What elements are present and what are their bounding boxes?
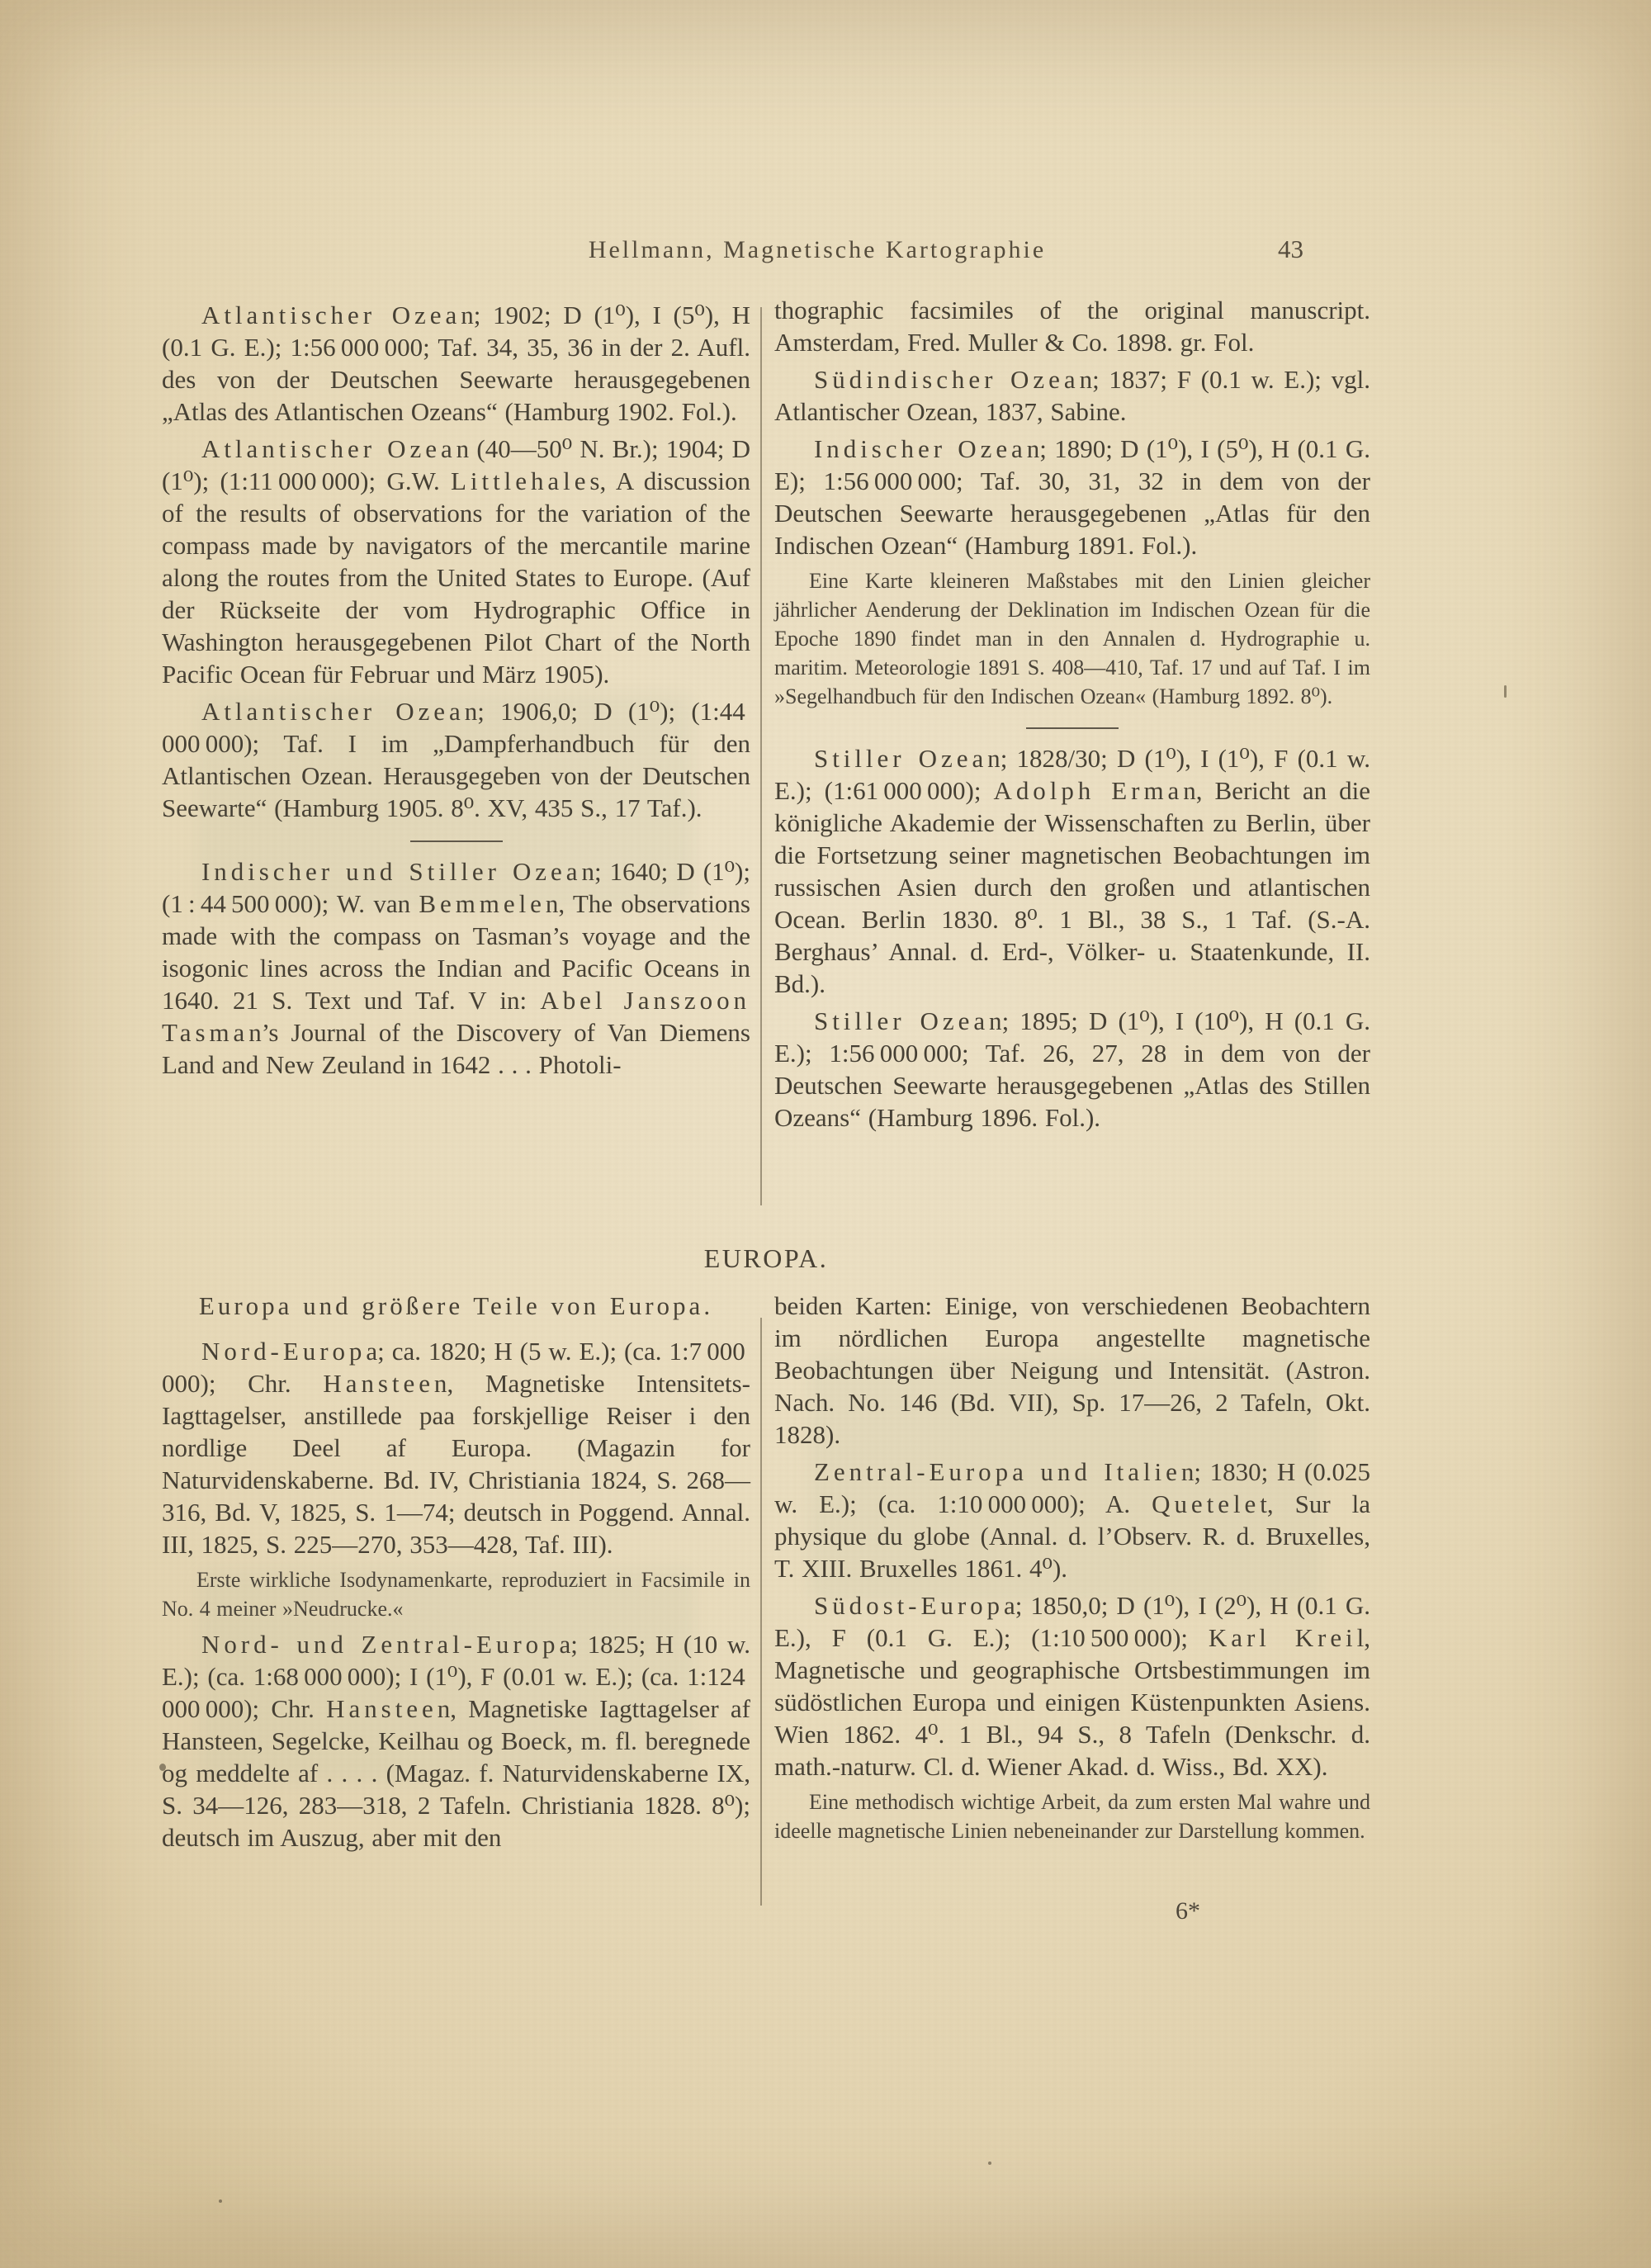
bibliography-entry: Indischer Ozean; 1890; D (1⁰), I (5⁰), H… bbox=[774, 433, 1370, 561]
bibliography-entry: thographic facsimiles of the original ma… bbox=[774, 294, 1370, 358]
text-run: , Bericht an die königliche Akademie der… bbox=[774, 776, 1370, 998]
spaced-name: Hansteen bbox=[326, 1694, 454, 1723]
spaced-name: Stiller Ozean bbox=[814, 1006, 1006, 1035]
ink-speck bbox=[219, 2199, 222, 2203]
text-run: Eine Karte kleineren Maßstabes mit den L… bbox=[774, 569, 1370, 708]
column-top-left: Atlantischer Ozean; 1902; D (1⁰), I (5⁰)… bbox=[162, 294, 750, 1081]
spaced-name: Atlantischer Ozean bbox=[201, 697, 481, 726]
spaced-name: Hansteen bbox=[323, 1369, 451, 1398]
spaced-name: Indischer und Stiller Ozean bbox=[201, 857, 598, 886]
entry-separator-rule bbox=[1026, 727, 1119, 729]
bibliography-entry: Stiller Ozean; 1828/30; D (1⁰), I (1⁰), … bbox=[774, 742, 1370, 1000]
spaced-name: Indischer Ozean bbox=[814, 434, 1043, 463]
bibliography-entry: Nord- und Zentral-Europa; 1825; H (10 w.… bbox=[162, 1628, 750, 1854]
column-divider-rule-bottom bbox=[760, 1318, 762, 1906]
spaced-name: Südost-Europa bbox=[814, 1591, 1019, 1620]
spaced-name: Stiller Ozean bbox=[814, 744, 1005, 773]
column-top-right: thographic facsimiles of the original ma… bbox=[774, 294, 1370, 1134]
bibliography-entry: beiden Karten: Einige, von verschiedenen… bbox=[774, 1290, 1370, 1451]
text-run: Eine methodisch wichtige Arbeit, da zum … bbox=[774, 1790, 1370, 1843]
text-run: thographic facsimiles of the original ma… bbox=[774, 296, 1370, 357]
spaced-name: Littlehales bbox=[451, 466, 603, 495]
spaced-name: Nord- und Zentral-Europa bbox=[201, 1630, 575, 1659]
subsection-heading: Europa und größere Teile von Europa. bbox=[162, 1290, 750, 1322]
text-run: , A discussion of the results of observa… bbox=[162, 466, 750, 689]
spaced-name: Quetelet bbox=[1152, 1489, 1271, 1518]
bibliography-entry: Atlantischer Ozean; 1906,0; D (1⁰); (1:4… bbox=[162, 695, 750, 824]
spaced-name: Atlantischer Ozean bbox=[201, 434, 473, 463]
spaced-name: Karl Kreil bbox=[1209, 1623, 1368, 1652]
bibliography-entry: Stiller Ozean; 1895; D (1⁰), I (10⁰), H … bbox=[774, 1005, 1370, 1134]
spaced-name: Bemmelen bbox=[419, 889, 562, 918]
scanned-book-page: Hellmann, Magnetische Kartographie 43 At… bbox=[0, 0, 1651, 2268]
signature-mark: 6* bbox=[1176, 1897, 1200, 1925]
annotation-note: Eine Karte kleineren Maßstabes mit den L… bbox=[774, 566, 1370, 711]
column-bottom-right: beiden Karten: Einige, von verschiedenen… bbox=[774, 1290, 1370, 1845]
text-run: beiden Karten: Einige, von verschiedenen… bbox=[774, 1291, 1370, 1449]
bibliography-entry: Zentral-Europa und Italien; 1830; H (0.0… bbox=[774, 1456, 1370, 1584]
spaced-name: Adolph Erman bbox=[994, 776, 1200, 805]
bibliography-entry: Indischer und Stiller Ozean; 1640; D (1⁰… bbox=[162, 855, 750, 1081]
bibliography-entry: Südost-Europa; 1850,0; D (1⁰), I (2⁰), H… bbox=[774, 1589, 1370, 1783]
text-run: Europa und größere Teile von Europa. bbox=[199, 1291, 713, 1320]
spaced-name: Atlantischer Ozean bbox=[201, 301, 478, 329]
bibliography-entry: Atlantischer Ozean; 1902; D (1⁰), I (5⁰)… bbox=[162, 299, 750, 428]
text-run: Erste wirkliche Isodynamenkarte, reprodu… bbox=[162, 1568, 750, 1621]
bibliography-entry: Atlantischer Ozean (40—50⁰ N. Br.); 1904… bbox=[162, 433, 750, 690]
ink-speck bbox=[988, 2161, 991, 2165]
spaced-name: Nord-Europa bbox=[201, 1337, 381, 1366]
page-number: 43 bbox=[1278, 234, 1303, 264]
column-divider-rule-top bbox=[760, 307, 762, 1205]
annotation-note: Erste wirkliche Isodynamenkarte, reprodu… bbox=[162, 1565, 750, 1623]
bibliography-entry: Südindischer Ozean; 1837; F (0.1 w. E.);… bbox=[774, 363, 1370, 428]
entry-separator-rule bbox=[410, 840, 503, 842]
ink-speck bbox=[159, 1764, 166, 1771]
spaced-name: Zentral-Europa und Italien bbox=[814, 1457, 1198, 1486]
running-header-title: Hellmann, Magnetische Kartographie bbox=[528, 236, 1106, 264]
spaced-name: Südindischer Ozean bbox=[814, 365, 1096, 394]
annotation-note: Eine methodisch wichtige Arbeit, da zum … bbox=[774, 1787, 1370, 1845]
bibliography-entry: Nord-Europa; ca. 1820; H (5 w. E.); (ca.… bbox=[162, 1335, 750, 1560]
column-bottom-left: Europa und größere Teile von Europa.Nord… bbox=[162, 1290, 750, 1854]
section-heading-europa: EUROPA. bbox=[162, 1243, 1370, 1274]
margin-mark-artifact bbox=[1504, 685, 1507, 698]
